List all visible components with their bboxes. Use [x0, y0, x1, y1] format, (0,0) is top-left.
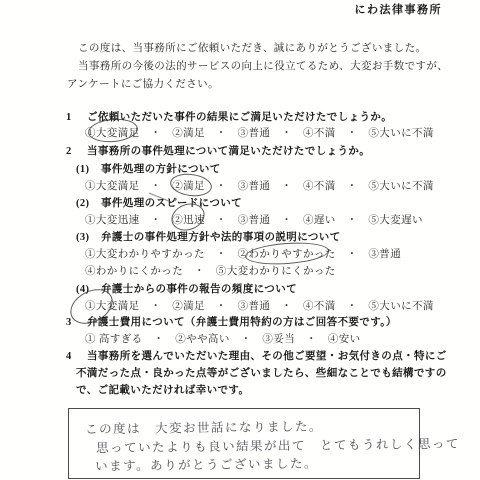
question-2-3-options-line2: ④わかりにくかった ・ ⑤大変わかりにくかった: [85, 265, 336, 278]
intro-line-2: 当事務所の今後の法的サービスの向上に役立てるため、大変お手数ですが、: [78, 60, 448, 73]
question-2-number: 2: [66, 145, 87, 158]
question-3: 3弁護士費用について（弁護士費用特約の方はご回答不要です。）: [66, 316, 397, 329]
question-4-text-line1: 当事務所を選んでいただいた理由、その他ご要望・お気付きの点・特にご: [87, 351, 447, 362]
questionnaire-page: にわ法律事務所 この度は、当事務所にご依頼いただき、誠にありがとうございました。…: [0, 0, 480, 480]
question-2-1-label: (1): [76, 163, 101, 176]
intro-line-1: この度は、当事務所にご依頼いただき、誠にありがとうございました。: [78, 42, 426, 55]
question-3-text: 弁護士費用について（弁護士費用特約の方はご回答不要です。）: [87, 317, 397, 328]
question-2-text: 当事務所の事件処理について満足いただけたでしょうか。: [87, 146, 370, 157]
question-2-2: (2)事件処理のスピードについて: [76, 197, 242, 210]
intro-line-3: アンケートにご協力ください。: [67, 78, 219, 91]
question-4-text-line2: 不満だった点・良かった点等がございましたら、些細なことでも結構ですの: [76, 367, 447, 380]
question-2-3-label: (3): [76, 231, 101, 244]
question-2: 2当事務所の事件処理について満足いただけたでしょうか。: [66, 145, 370, 158]
question-2-4-options: ①大変満足 ・ ②満足 ・ ③普通 ・ ④不満 ・ ⑤大いに不満: [85, 300, 434, 313]
question-2-2-label: (2): [76, 197, 101, 210]
question-2-4-text: 弁護士からの事件の報告の頻度について: [101, 284, 297, 295]
question-1-number: 1: [66, 111, 87, 124]
question-2-2-options: ①大変迅速 ・ ②迅速 ・ ③普通 ・ ④遅い ・ ⑤大変遅い: [85, 214, 423, 227]
handwriting-line-3: います。ありがとうございました。: [95, 454, 318, 475]
office-name: にわ法律事務所: [355, 4, 443, 17]
question-3-options: ① 高すぎる ・ ②やや高い ・ ③妥当 ・ ④安い: [85, 333, 361, 346]
question-2-2-text: 事件処理のスピードについて: [101, 198, 242, 209]
question-4: 4当事務所を選んでいただいた理由、その他ご要望・お気付きの点・特にご: [66, 350, 447, 363]
question-2-1-options: ①大変満足 ・ ②満足 ・ ③普通 ・ ④不満 ・ ⑤大いに不満: [85, 180, 434, 193]
handwriting-line-1: この度は 大変お世話になりました。: [85, 417, 323, 438]
question-2-1-text: 事件処理の方針について: [101, 164, 221, 175]
question-4-text-line3: で、ご記載いただければ幸いです。: [76, 384, 249, 397]
question-2-3-options-line1: ①大変わかりやすかった ・ ②わかりやすかった ・ ③普通: [85, 248, 401, 261]
question-2-3-text: 弁護士の事件処理方針や法的事項の説明について: [101, 232, 341, 243]
question-2-1: (1)事件処理の方針について: [76, 163, 221, 176]
answer-circle-q2-3: [244, 240, 329, 267]
question-4-number: 4: [66, 350, 87, 363]
